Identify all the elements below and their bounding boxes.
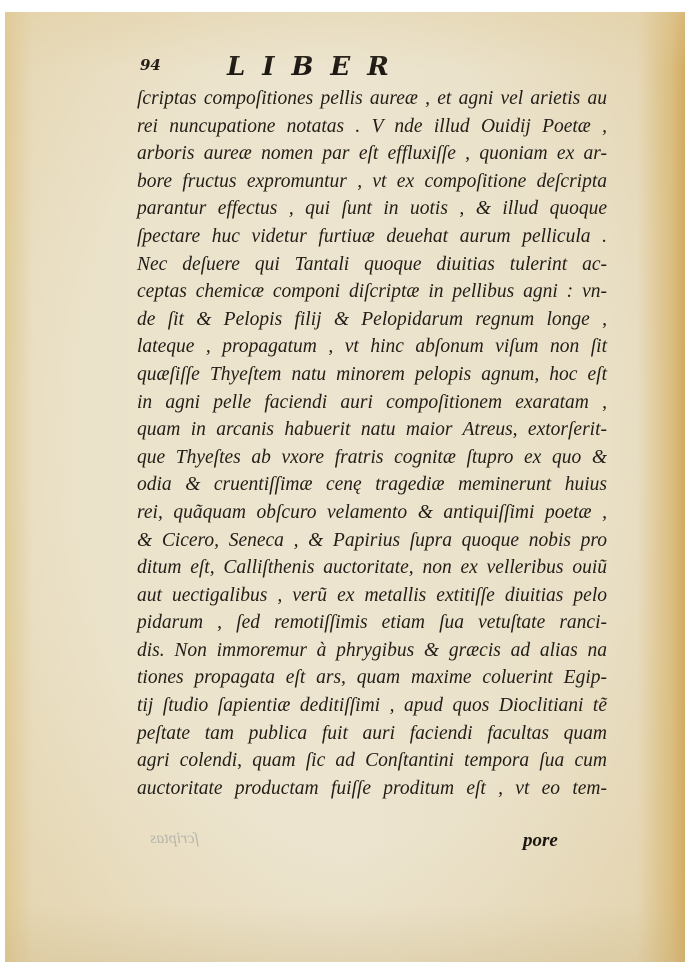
text-line: rei nuncupatione notatas . V nde illud O…	[137, 113, 607, 141]
text-line: que Thyeſtes ab vxore fratris cognitæ ſt…	[137, 444, 607, 472]
text-line: lateque , propagatum , vt hinc abſonum v…	[137, 333, 607, 361]
text-line: odia & cruentiſſimæ cenę tragediæ memine…	[137, 471, 607, 499]
body-text: ſcriptas compoſitiones pellis aureæ , et…	[137, 85, 607, 802]
page-header: 94 LIBER	[5, 52, 685, 82]
text-line: pidarum , ſed remotiſſimis etiam ſua vet…	[137, 609, 607, 637]
text-line: parantur effectus , qui ſunt in uotis , …	[137, 195, 607, 223]
bleed-through-text: ſcriptas	[150, 830, 199, 848]
running-head: LIBER	[227, 52, 406, 82]
text-line: tij ſtudio ſapientiæ deditiſſimi , apud …	[137, 692, 607, 720]
text-line: ſpectare huc videtur furtiuæ deuehat aur…	[137, 223, 607, 251]
text-line: Nec deſuere qui Tantali quoque diuitias …	[137, 251, 607, 279]
text-line: quæſiſſe Thyeſtem natu minorem pelopis a…	[137, 361, 607, 389]
text-line: tiones propagata eſt ars, quam maxime co…	[137, 664, 607, 692]
text-line: agri colendi, quam ſic ad Conſtantini te…	[137, 747, 607, 775]
text-line: ceptas chemicæ componi diſcriptæ in pell…	[137, 278, 607, 306]
catchword: pore	[523, 830, 558, 852]
text-line: dis. Non immoremur à phrygibus & græcis …	[137, 637, 607, 665]
text-line: rei, quãquam obſcuro velamento & antiqui…	[137, 499, 607, 527]
book-page: 94 LIBER ſcriptas compoſitiones pellis a…	[5, 12, 685, 962]
text-line: ſcriptas compoſitiones pellis aureæ , et…	[137, 85, 607, 113]
text-line: arboris aureæ nomen par eſt effluxiſſe ,…	[137, 140, 607, 168]
text-line: in agni pelle faciendi auri compoſitione…	[137, 389, 607, 417]
text-line: ditum eſt, Calliſthenis auctoritate, non…	[137, 554, 607, 582]
text-line: & Cicero, Seneca , & Papirius ſupra quoq…	[137, 527, 607, 555]
text-line: auctoritate productam fuiſſe proditum eſ…	[137, 775, 607, 803]
text-line: de ſit & Pelopis filij & Pelopidarum reg…	[137, 306, 607, 334]
page-number: 94	[140, 56, 161, 74]
text-line: quam in arcanis habuerit natu maior Atre…	[137, 416, 607, 444]
text-line: aut uectigalibus , verũ ex metallis exti…	[137, 582, 607, 610]
text-line: peſtate tam publica fuit auri faciendi f…	[137, 720, 607, 748]
text-line: bore fructus expromuntur , vt ex compoſi…	[137, 168, 607, 196]
